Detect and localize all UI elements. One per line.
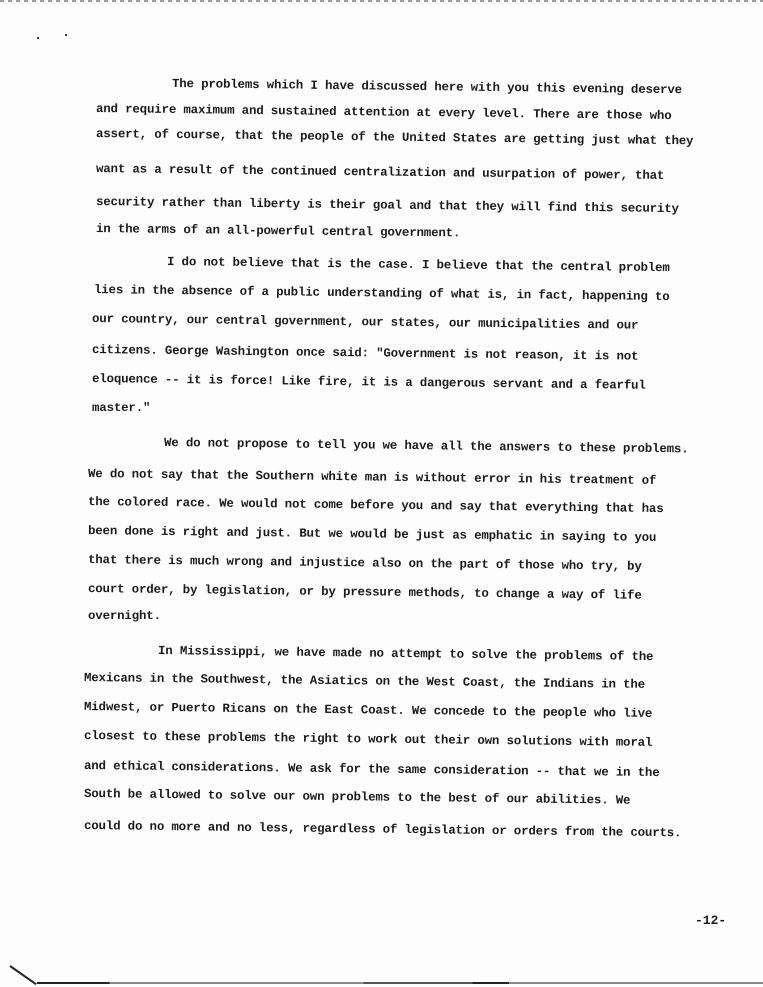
document-text-line: court order, by legislation, or by press…: [88, 582, 642, 603]
document-text-line: been done is right and just. But we woul…: [88, 524, 656, 545]
document-text-line: want as a result of the continued centra…: [96, 162, 664, 183]
document-text-line: master.": [92, 401, 150, 415]
document-text-line: that there is much wrong and injustice a…: [88, 553, 642, 574]
document-text-line: Midwest, or Puerto Ricans on the East Co…: [84, 700, 652, 721]
document-text-line: the colored race. We would not come befo…: [88, 495, 664, 516]
document-text-line: citizens. George Washington once said: "…: [92, 343, 639, 364]
document-text-line: South be allowed to solve our own proble…: [84, 787, 631, 808]
scan-bottom-edge: [37, 982, 763, 984]
document-text-line: We do not propose to tell you we have al…: [164, 436, 689, 456]
document-text-line: I do not believe that is the case. I bel…: [167, 255, 670, 275]
document-text-line: The problems which I have discussed here…: [172, 77, 682, 97]
document-text-line: In Mississippi, we have made no attempt …: [158, 644, 654, 664]
document-page: The problems which I have discussed here…: [0, 0, 763, 987]
document-text-line: security rather than liberty is their go…: [96, 195, 679, 216]
document-text-line: in the arms of an all-powerful central g…: [96, 222, 460, 240]
document-text-line: eloquence -- it is force! Like fire, it …: [92, 372, 646, 393]
document-text-line: We do not say that the Southern white ma…: [88, 467, 656, 488]
document-text-line: and require maximum and sustained attent…: [96, 102, 672, 123]
document-text-line: our country, our central government, our…: [92, 312, 639, 333]
document-text-line: lies in the absence of a public understa…: [94, 283, 670, 304]
page-number: -12-: [695, 913, 726, 928]
document-text-line: assert, of course, that the people of th…: [96, 127, 694, 148]
document-text-line: overnight.: [88, 609, 161, 623]
document-text-line: could do no more and no less, regardless…: [84, 819, 682, 840]
document-text-line: and ethical considerations. We ask for t…: [84, 759, 660, 780]
document-text-line: Mexicans in the Southwest, the Asiatics …: [84, 671, 645, 692]
document-text-line: closest to these problems the right to w…: [84, 729, 652, 750]
